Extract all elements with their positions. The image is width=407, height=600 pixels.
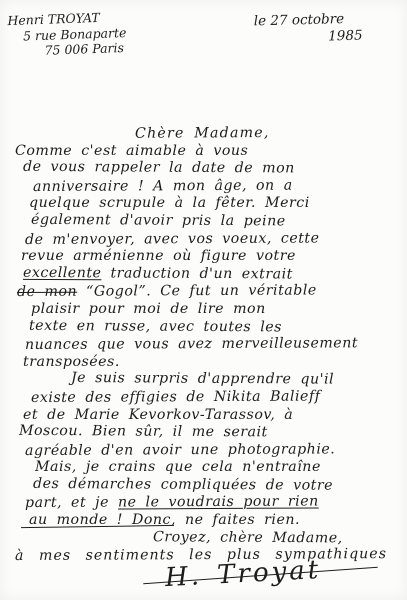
letter-line-text: part, et je xyxy=(25,495,118,511)
letter-line: Mais, je crains que cela n'entraîne xyxy=(35,459,405,477)
signature: H. Troyat xyxy=(165,562,322,588)
letter-line: revue arménienne où figure votre xyxy=(21,248,405,266)
closing-line: Croyez, chère Madame, xyxy=(153,529,405,548)
sender-address-line2: 75 006 Paris xyxy=(44,40,127,58)
letter-line: Comme c'est aimable à vous xyxy=(15,143,405,161)
letter-line: Moscou. Bien sûr, il me serait xyxy=(19,423,405,443)
letter-line: part, et je ne le voudrais pour rien xyxy=(25,493,405,513)
letter-body: Chère Madame, Comme c'est aimable à vous… xyxy=(13,125,405,600)
letter-line: nuances que vous avez merveilleusement xyxy=(25,335,405,355)
letter-line: agréable d'en avoir une photographie. xyxy=(25,441,405,461)
letter-line: également d'avoir pris la peine xyxy=(31,212,405,232)
letter-line: de vous rappeler la date de mon xyxy=(23,159,405,179)
struck-text: de mon xyxy=(17,284,77,300)
letter-line: anniversaire ! A mon âge, on a xyxy=(33,177,405,197)
letter-line-text: traduction d'un extrait xyxy=(101,265,292,282)
underlined-text: ne le voudrais pour rien xyxy=(118,494,319,511)
sender-block: Henri TROYAT 5 rue Bonaparte 75 006 Pari… xyxy=(7,9,127,60)
date-line2: 1985 xyxy=(328,28,363,46)
letter-line: plaisir pour moi de lire mon xyxy=(31,301,405,319)
signature-block: H. Troyat xyxy=(13,566,405,600)
letter-line: et de Marie Kevorkov-Tarassov, à xyxy=(23,407,405,425)
letter-line-text: “Gogol”. Ce fut un véritable xyxy=(77,283,317,300)
letter-line: de mon “Gogol”. Ce fut un véritable xyxy=(17,282,405,302)
letter-line: quelque scrupule à la fêter. Merci xyxy=(29,195,405,213)
letter-page: Henri TROYAT 5 rue Bonaparte 75 006 Pari… xyxy=(0,0,407,600)
letter-line: existe des effigies de Nikita Balieff xyxy=(31,388,405,408)
salutation: Chère Madame, xyxy=(135,124,405,143)
underlined-text: au monde xyxy=(29,512,108,528)
underlined-text: excellente xyxy=(23,265,102,281)
letter-line: au monde ! Donc, ne faites rien. xyxy=(29,512,405,530)
date-block: le 27 octobre 1985 xyxy=(254,11,363,48)
letter-line: texte en russe, avec toutes les xyxy=(29,317,405,337)
letter-line: de m'envoyer, avec vos voeux, cette xyxy=(25,230,405,250)
letter-line: Je suis surpris d'apprendre qu'il xyxy=(71,370,405,390)
letter-line: transposées. xyxy=(23,354,405,372)
